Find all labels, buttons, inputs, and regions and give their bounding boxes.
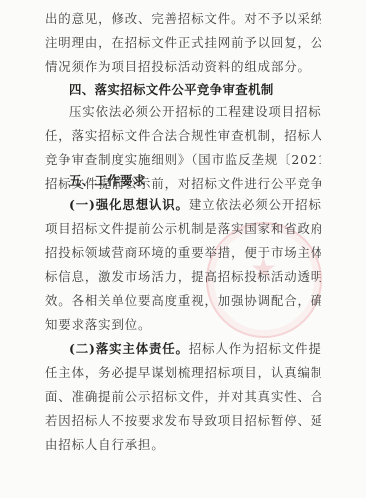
paragraph-line: 知要求落实到位。 bbox=[45, 317, 321, 333]
paragraph-line: 标信息，激发市场活力，提高招标投标活动透明度和交易质 bbox=[45, 269, 321, 285]
paragraph-line: 由招标人自行承担。 bbox=[45, 437, 321, 453]
paragraph-line: 项目招标文件提前公示机制是落实国家和省政府关于优化 bbox=[45, 221, 321, 237]
paragraph-line: 招投标领域营商环境的重要举措，便于市场主体提前获知招 bbox=[45, 245, 321, 261]
paragraph-line: 竞争审查制度实施细则》（国市监反垄规〔2021〕2号）在 bbox=[45, 152, 321, 168]
paragraph-line: 任，落实招标文件合法合规性审查机制，招标人参照《公平 bbox=[45, 128, 321, 144]
paragraph-line: 任主体，务必提早谋划梳理招标项目，认真编制并及时、全 bbox=[45, 365, 321, 381]
paragraph-line: 注明理由，在招标文件正式挂网前予以回复，公示意见采纳 bbox=[45, 35, 321, 51]
subsection-lead-1: (一)强化思想认识。 bbox=[69, 197, 189, 212]
paragraph-line-lead: (二)落实主体责任。招标人作为招标文件提前公示的责 bbox=[69, 341, 321, 357]
section-heading-5: 五、工作要求 bbox=[69, 173, 321, 189]
paragraph-line: 若因招标人不按要求发布导致项目招标暂停、延期等后果， bbox=[45, 413, 321, 429]
document-page: ★ 出的意见，修改、完善招标文件。对不予以采纳的意见，应 注明理由，在招标文件正… bbox=[0, 0, 366, 498]
paragraph-line: 效。各相关单位要高度重视，加强协调配合，确保工作按通 bbox=[45, 293, 321, 309]
subsection-lead-2: (二)落实主体责任。 bbox=[69, 341, 189, 356]
paragraph-text: 招标人作为招标文件提前公示的责 bbox=[189, 341, 321, 356]
paragraph-line: 出的意见，修改、完善招标文件。对不予以采纳的意见，应 bbox=[45, 11, 321, 27]
paragraph-text: 建立依法必须公开招标的工程建设 bbox=[189, 197, 321, 212]
paragraph-line: 情况须作为项目招投标活动资料的组成部分。 bbox=[45, 59, 321, 75]
paragraph-line-lead: (一)强化思想认识。建立依法必须公开招标的工程建设 bbox=[69, 197, 321, 213]
paragraph-line: 面、准确提前公示招标文件，并对其真实性、合法性负责。 bbox=[45, 389, 321, 405]
section-heading-4: 四、落实招标文件公平竞争审查机制 bbox=[69, 82, 321, 98]
paragraph-line: 压实依法必须公开招标的工程建设项目招标人主体责 bbox=[69, 104, 321, 120]
